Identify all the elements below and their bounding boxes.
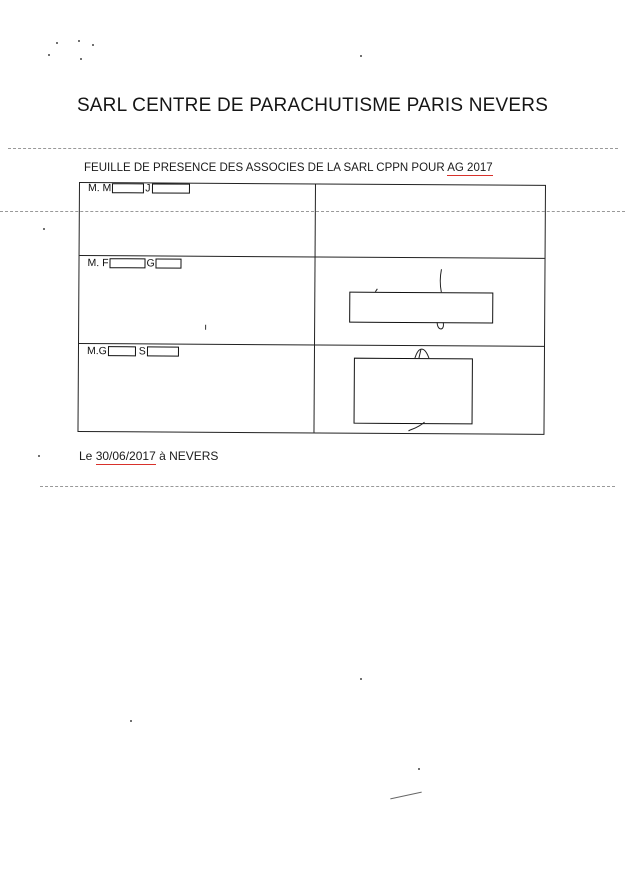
document-title: SARL CENTRE DE PARACHUTISME PARIS NEVERS [0, 95, 625, 117]
scan-speck [38, 455, 40, 457]
scan-speck [48, 54, 50, 56]
scan-speck [360, 678, 362, 680]
attendee-name-3: M.G S [87, 345, 179, 358]
attendance-table: M. M J M. F G M.G S [77, 182, 546, 435]
redaction-box [112, 183, 144, 193]
scan-speck [80, 58, 82, 60]
scan-speck [43, 228, 45, 230]
attendance-sheet-heading: FEUILLE DE PRESENCE DES ASSOCIES DE LA S… [84, 162, 493, 174]
attendee-name-1: M. M J [88, 182, 190, 195]
redaction-box [156, 258, 182, 268]
signing-place-date: Le 30/06/2017 à NEVERS [79, 449, 218, 463]
scan-speck [56, 42, 58, 44]
signature-scribble-icon [338, 345, 509, 436]
heading-underlined-text: AG 2017 [447, 162, 492, 176]
redaction-box [152, 183, 190, 193]
table-divider [313, 184, 316, 432]
signature-scribble-icon [339, 265, 509, 338]
scan-speck [92, 44, 94, 46]
redaction-box [147, 346, 179, 356]
scan-speck [360, 55, 362, 57]
scan-mark [390, 792, 422, 800]
scan-line [40, 486, 615, 487]
scan-speck [130, 720, 132, 722]
heading-text: FEUILLE DE PRESENCE DES ASSOCIES DE LA S… [84, 162, 447, 174]
scan-speck [418, 768, 420, 770]
scan-mark [205, 325, 206, 330]
redaction-box [109, 258, 145, 268]
attendee-name-2: M. F G [87, 257, 181, 270]
redaction-box [108, 346, 136, 356]
signing-date: 30/06/2017 [96, 449, 156, 465]
scan-line [8, 148, 618, 149]
scan-speck [78, 40, 80, 42]
